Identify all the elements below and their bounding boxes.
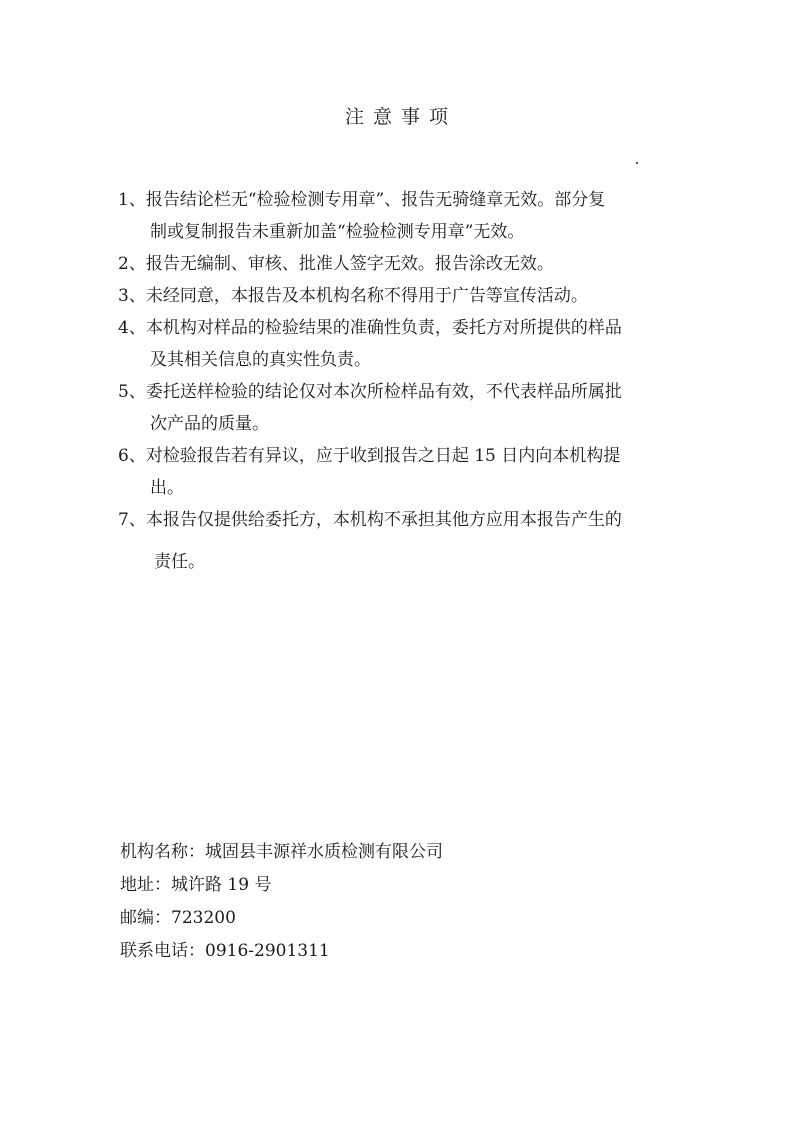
- notice-item-3: 3、未经同意，本报告及本机构名称不得用于广告等宣传活动。: [118, 280, 718, 312]
- notice-line: 5、委托送样检验的结论仅对本次所检样品有效，不代表样品所属批: [118, 376, 718, 408]
- notice-item-6: 6、对检验报告若有异议，应于收到报告之日起 15 日内向本机构提 出。: [118, 440, 718, 504]
- notice-item-7: 7、本报告仅提供给委托方，本机构不承担其他方应用本报告产生的 责任。: [118, 504, 718, 578]
- page-title: 注意事项: [0, 102, 793, 129]
- organization-info: 机构名称：城固县丰源祥水质检测有限公司 地址：城许路 19 号 邮编：72320…: [120, 836, 443, 968]
- scan-speck: [636, 162, 638, 164]
- notice-item-5: 5、委托送样检验的结论仅对本次所检样品有效，不代表样品所属批 次产品的质量。: [118, 376, 718, 440]
- notice-item-1: 1、报告结论栏无“检验检测专用章”、报告无骑缝章无效。部分复 制或复制报告未重新…: [118, 184, 718, 248]
- notice-line-continuation: 出。: [118, 472, 718, 504]
- notice-list: 1、报告结论栏无“检验检测专用章”、报告无骑缝章无效。部分复 制或复制报告未重新…: [118, 184, 718, 578]
- notice-line-continuation: 责任。: [118, 546, 718, 578]
- notice-line: 1、报告结论栏无“检验检测专用章”、报告无骑缝章无效。部分复: [118, 184, 718, 216]
- document-page: 注意事项 1、报告结论栏无“检验检测专用章”、报告无骑缝章无效。部分复 制或复制…: [0, 0, 793, 1122]
- notice-line: 4、本机构对样品的检验结果的准确性负责，委托方对所提供的样品: [118, 312, 718, 344]
- org-address: 地址：城许路 19 号: [120, 869, 443, 902]
- org-postcode: 邮编：723200: [120, 902, 443, 935]
- notice-line-continuation: 次产品的质量。: [118, 408, 718, 440]
- org-name: 机构名称：城固县丰源祥水质检测有限公司: [120, 836, 443, 869]
- org-phone: 联系电话：0916-2901311: [120, 935, 443, 968]
- notice-line-continuation: 制或复制报告未重新加盖“检验检测专用章”无效。: [118, 216, 718, 248]
- notice-item-2: 2、报告无编制、审核、批准人签字无效。报告涂改无效。: [118, 248, 718, 280]
- notice-item-4: 4、本机构对样品的检验结果的准确性负责，委托方对所提供的样品 及其相关信息的真实…: [118, 312, 718, 376]
- notice-line: 6、对检验报告若有异议，应于收到报告之日起 15 日内向本机构提: [118, 440, 718, 472]
- notice-line: 3、未经同意，本报告及本机构名称不得用于广告等宣传活动。: [118, 280, 718, 312]
- notice-line: 7、本报告仅提供给委托方，本机构不承担其他方应用本报告产生的: [118, 504, 718, 536]
- notice-line-continuation: 及其相关信息的真实性负责。: [118, 344, 718, 376]
- notice-line: 2、报告无编制、审核、批准人签字无效。报告涂改无效。: [118, 248, 718, 280]
